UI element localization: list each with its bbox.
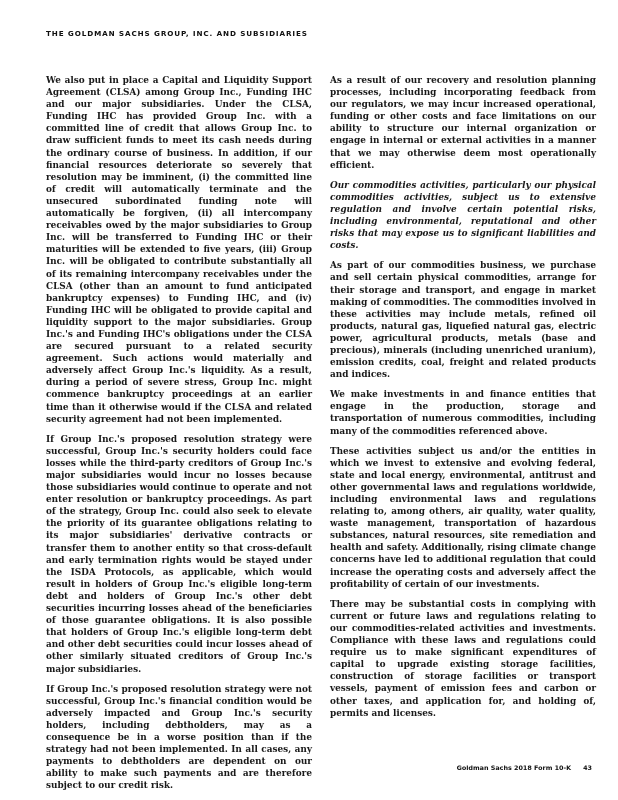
paragraph-regulation: These activities subject us and/or the e… [330,446,596,591]
footer-publication: Goldman Sachs 2018 Form 10-K [457,764,571,772]
paragraph-clsa: We also put in place a Capital and Liqui… [46,75,312,426]
paragraph-resolution-successful: If Group Inc.'s proposed resolution stra… [46,434,312,676]
paragraph-commodities-business: As part of our commodities business, we … [330,260,596,381]
paragraph-recovery-planning: As a result of our recovery and resoluti… [330,75,596,172]
running-header: The Goldman Sachs Group, Inc. and Subsid… [46,29,308,38]
page-footer: Goldman Sachs 2018 Form 10-K 43 [440,764,592,772]
risk-heading-commodities: Our commodities activities, particularly… [330,180,596,253]
paragraph-compliance-costs: There may be substantial costs in comply… [330,599,596,720]
page-number: 43 [583,764,592,772]
paragraph-resolution-unsuccessful: If Group Inc.'s proposed resolution stra… [46,684,312,793]
right-column: As a result of our recovery and resoluti… [330,75,596,728]
left-column: We also put in place a Capital and Liqui… [46,75,312,800]
paragraph-commodities-investments: We make investments in and finance entit… [330,389,596,437]
